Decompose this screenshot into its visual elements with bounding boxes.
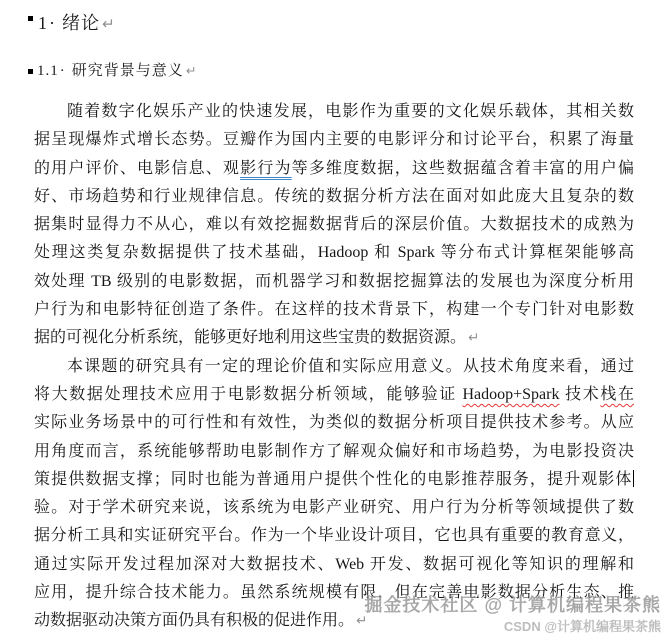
text-segment: 好、市场趋势和行业规律信息。传统的数据分析方法在面对如此庞大且复杂的数 xyxy=(34,188,634,205)
text-segment: 通过实际开发过程加深对大数据技术、Web 开发、数据可视化等知识的理解和 xyxy=(34,556,634,573)
text-segment: 动数据驱动决策方面仍具有积极的促进作用。 xyxy=(34,612,354,629)
text-segment: 处理这类复杂数据提供了技术基础，Hadoop 和 Spark 等分布式计算框架能… xyxy=(34,244,634,261)
spellcheck-underline: Hadoop+Spark xyxy=(462,386,559,403)
heading-chapter-number: 1 xyxy=(38,13,48,33)
heading-section[interactable]: 1.1·研究背景与意义↵ xyxy=(28,61,665,82)
paragraph-mark-icon: ↵ xyxy=(102,15,116,33)
heading-bullet-icon xyxy=(28,69,33,74)
space-marker-icon: · xyxy=(60,63,66,79)
text-segment: 效处理 TB 级别的电影数据，而机器学习和数据挖掘算法的发展也为深度分析用 xyxy=(34,273,634,290)
document-body[interactable]: 随着数字化娱乐产业的快速发展，电影作为重要的文化娱乐载体，其相关数据呈现爆炸式增… xyxy=(34,98,634,636)
text-line[interactable]: 处理这类复杂数据提供了技术基础，Hadoop 和 Spark 等分布式计算框架能… xyxy=(34,239,634,267)
text-line[interactable]: 本课题的研究具有一定的理论价值和实际应用意义。从技术角度来看，通过 xyxy=(34,353,634,381)
paragraph-mark-icon: ↵ xyxy=(186,64,198,79)
text-cursor xyxy=(633,470,635,487)
text-segment: 等多维度数据，这些数据蕴含着丰富的用户偏 xyxy=(292,160,634,177)
text-segment: 随着数字化娱乐产业的快速发展，电影作为重要的文化娱乐载体，其相关数 xyxy=(67,103,634,120)
heading-chapter-title: 绪论 xyxy=(62,13,100,33)
text-segment: 据集时显得力不从心，难以有效挖掘数据背后的深层价值。大数据技术的成熟为 xyxy=(34,216,634,233)
paragraph-mark-icon: ↵ xyxy=(356,613,367,629)
heading-section-number: 1.1 xyxy=(37,63,59,79)
text-line[interactable]: 据呈现爆炸式增长态势。豆瓣作为国内主要的电影评分和讨论平台，积累了海量 xyxy=(34,126,634,154)
text-segment: 技术 xyxy=(559,386,600,403)
space-marker-icon: · xyxy=(49,13,56,33)
text-segment: 据分析工具和实证研究平台。作为一个毕业设计项目，它也具有重要的教育意义， xyxy=(34,527,634,544)
paragraph-1[interactable]: 随着数字化娱乐产业的快速发展，电影作为重要的文化娱乐载体，其相关数据呈现爆炸式增… xyxy=(34,98,634,353)
text-segment: 据呈现爆炸式增长态势。豆瓣作为国内主要的电影评分和讨论平台，积累了海量 xyxy=(34,131,634,148)
text-segment: 据的可视化分析系统，能够更好地利用这些宝贵的数据资源。 xyxy=(34,329,466,346)
text-line[interactable]: 策提供数据支撑；同时也能为普通用户提供个性化的电影推荐服务，提升观影体 xyxy=(34,466,634,494)
text-line[interactable]: 据集时显得力不从心，难以有效挖掘数据背后的深层价值。大数据技术的成熟为 xyxy=(34,211,634,239)
text-line[interactable]: 户行为和电影特征创造了条件。在这样的技术背景下，构建一个专门针对电影数 xyxy=(34,296,634,324)
text-line[interactable]: 应用，提升综合技术能力。虽然系统规模有限，但在完善电影数据分析生态、推 xyxy=(34,579,634,607)
text-segment: 实际业务场景中的可行性和有效性，为类似的数据分析项目提供技术参考。从应 xyxy=(34,414,634,431)
heading-chapter[interactable]: 1·绪论↵ xyxy=(28,11,665,36)
text-segment: 用角度而言，系统能够帮助电影制作方了解观众偏好和市场趋势，为电影投资决 xyxy=(34,443,634,460)
text-line[interactable]: 随着数字化娱乐产业的快速发展，电影作为重要的文化娱乐载体，其相关数 xyxy=(34,98,634,126)
text-line[interactable]: 通过实际开发过程加深对大数据技术、Web 开发、数据可视化等知识的理解和 xyxy=(34,551,634,579)
text-line[interactable]: 验。对于学术研究来说，该系统为电影产业研究、用户行为分析等领域提供了数 xyxy=(34,494,634,522)
text-segment: 策提供数据支撑；同时也能为普通用户提供个性化的电影推荐服务，提升观影体 xyxy=(34,471,633,488)
text-line[interactable]: 实际业务场景中的可行性和有效性，为类似的数据分析项目提供技术参考。从应 xyxy=(34,409,634,437)
text-line[interactable]: 效处理 TB 级别的电影数据，而机器学习和数据挖掘算法的发展也为深度分析用 xyxy=(34,268,634,296)
text-segment: 应用，提升综合技术能力。虽然系统规模有限，但在完善电影数据分析生态、推 xyxy=(34,584,634,601)
text-segment: 户行为和电影特征创造了条件。在这样的技术背景下，构建一个专门针对电影数 xyxy=(34,301,634,318)
text-line[interactable]: 好、市场趋势和行业规律信息。传统的数据分析方法在面对如此庞大且复杂的数 xyxy=(34,183,634,211)
text-segment: 本课题的研究具有一定的理论价值和实际应用意义。从技术角度来看，通过 xyxy=(67,358,634,375)
heading-section-title: 研究背景与意义 xyxy=(72,63,184,79)
text-line[interactable]: 据分析工具和实证研究平台。作为一个毕业设计项目，它也具有重要的教育意义， xyxy=(34,522,634,550)
paragraph-2[interactable]: 本课题的研究具有一定的理论价值和实际应用意义。从技术角度来看，通过将大数据处理技… xyxy=(34,353,634,636)
spellcheck-underline: 栈在 xyxy=(600,386,634,403)
heading-bullet-icon xyxy=(28,16,33,21)
text-segment: 将大数据处理技术应用于电影数据分析领域，能够验证 xyxy=(34,386,462,403)
paragraph-mark-icon: ↵ xyxy=(468,330,479,346)
text-line[interactable]: 将大数据处理技术应用于电影数据分析领域，能够验证 Hadoop+Spark 技术… xyxy=(34,381,634,409)
document-page: 1·绪论↵ 1.1·研究背景与意义↵ 随着数字化娱乐产业的快速发展，电影作为重要… xyxy=(0,0,665,640)
text-line[interactable]: 据的可视化分析系统，能够更好地利用这些宝贵的数据资源。↵ xyxy=(34,324,634,352)
grammar-check-underline: 影行为 xyxy=(240,160,292,177)
text-segment: 验。对于学术研究来说，该系统为电影产业研究、用户行为分析等领域提供了数 xyxy=(34,499,634,516)
text-segment: 的用户评价、电影信息、观 xyxy=(34,160,240,177)
text-line[interactable]: 的用户评价、电影信息、观影行为等多维度数据，这些数据蕴含着丰富的用户偏 xyxy=(34,155,634,183)
text-line[interactable]: 动数据驱动决策方面仍具有积极的促进作用。↵ xyxy=(34,607,634,635)
text-line[interactable]: 用角度而言，系统能够帮助电影制作方了解观众偏好和市场趋势，为电影投资决 xyxy=(34,438,634,466)
